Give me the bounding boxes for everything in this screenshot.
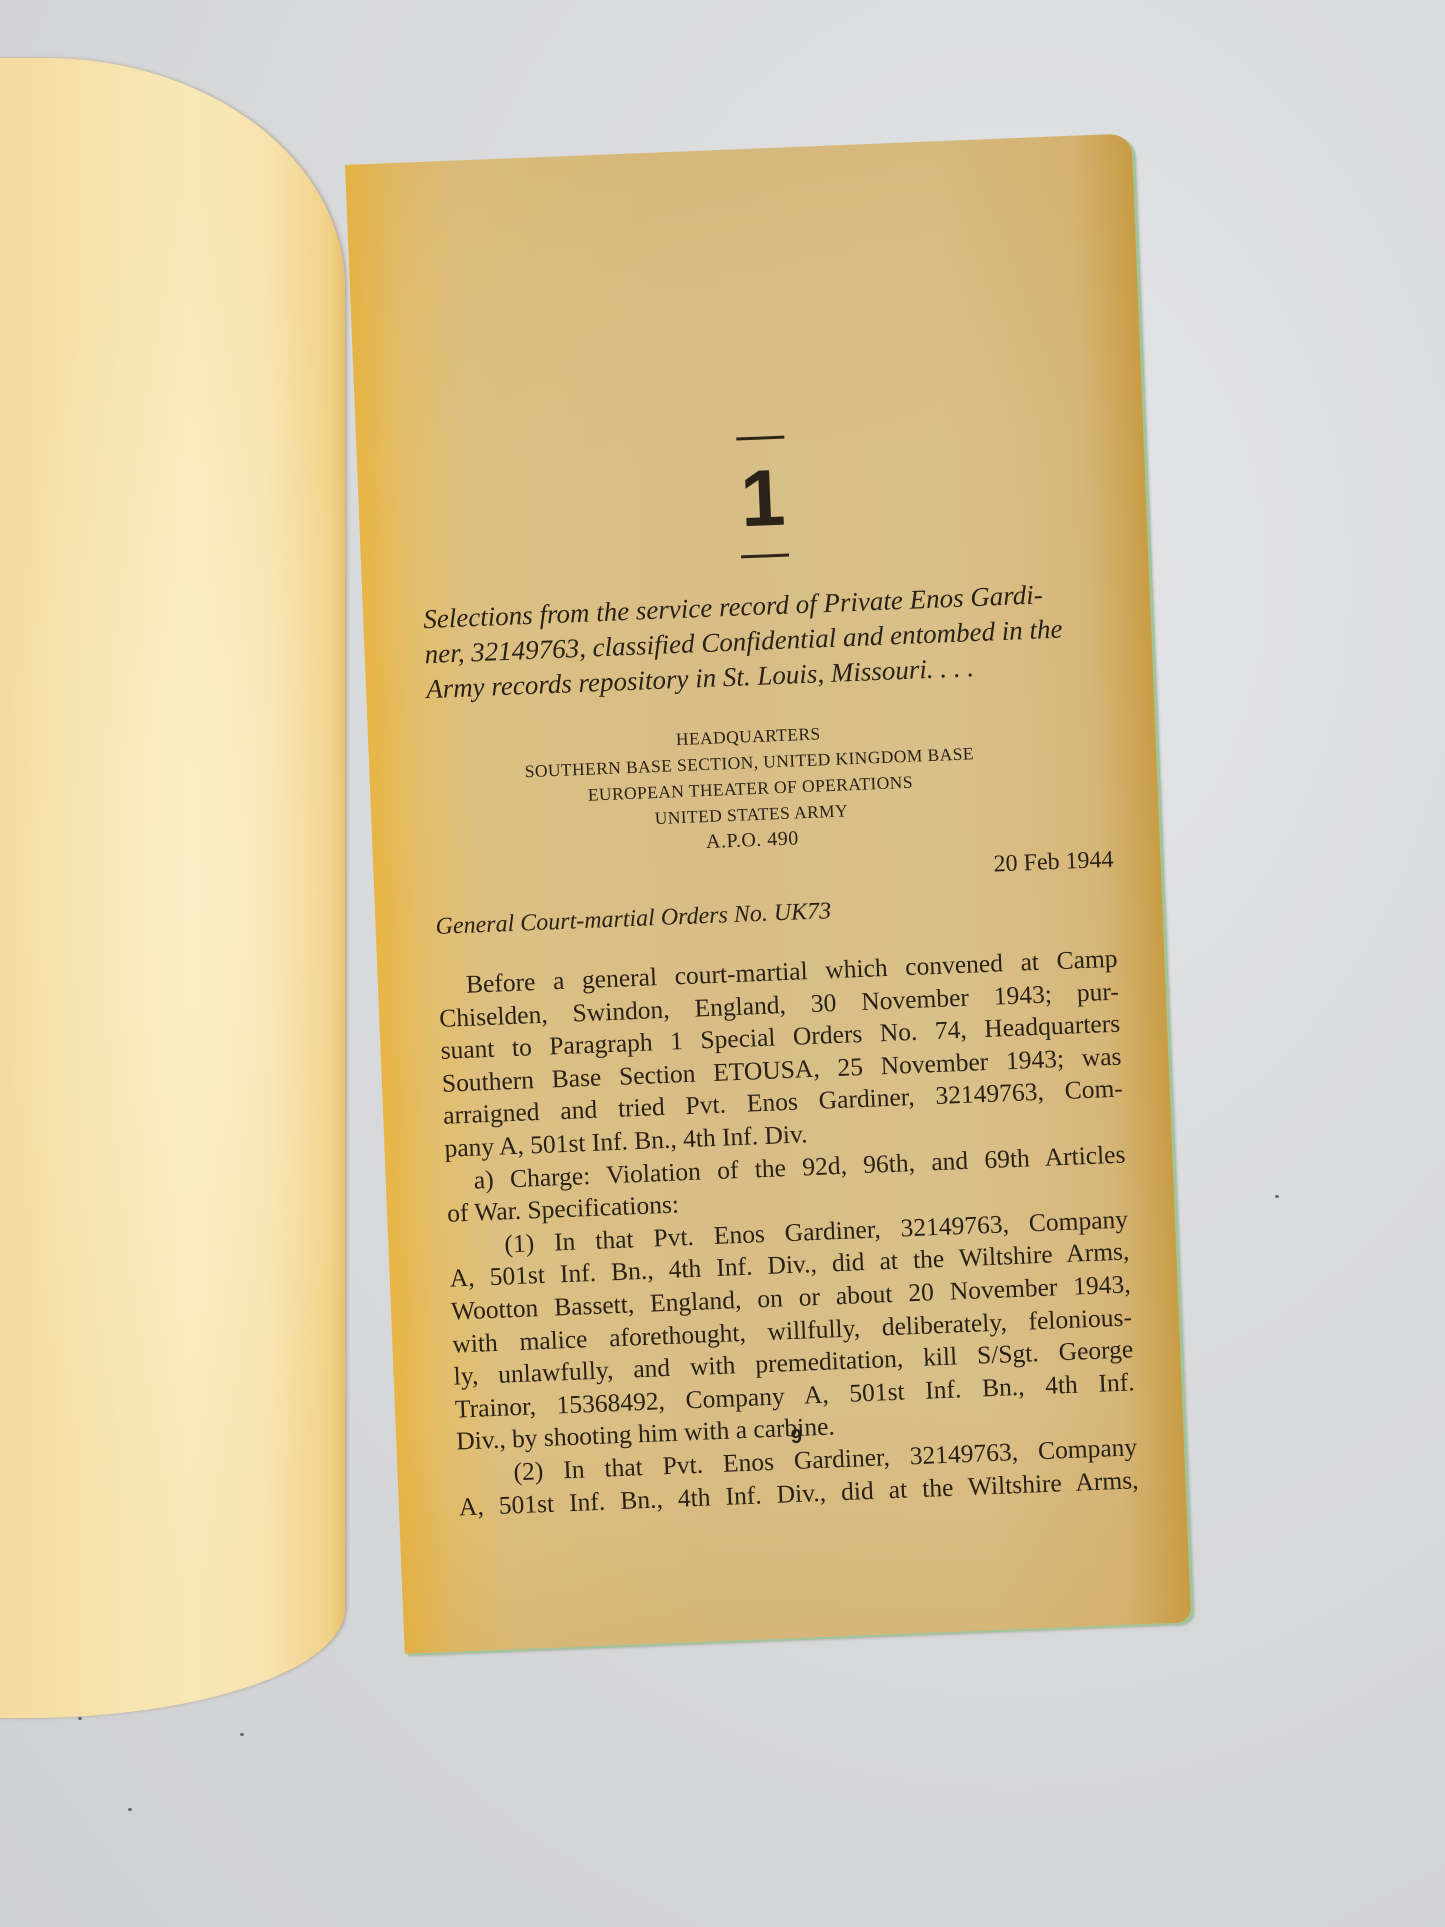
left-page-curled — [0, 58, 345, 1718]
military-header: HEADQUARTERS SOUTHERN BASE SECTION, UNIT… — [428, 710, 1073, 866]
chapter-intro: Selections from the service record of Pr… — [423, 577, 1067, 708]
chapter-rule-bottom — [741, 553, 789, 558]
dust-speck — [240, 1733, 244, 1736]
dust-speck — [1275, 1195, 1279, 1198]
dust-speck — [128, 1808, 132, 1811]
chapter-rule-top — [736, 436, 784, 441]
orders-title: General Court-martial Orders No. UK73 — [435, 898, 832, 941]
book-page: 1 Selections from the service record of … — [345, 133, 1191, 1653]
order-date: 20 Feb 1944 — [993, 847, 1114, 879]
dust-speck — [78, 1717, 82, 1720]
chapter-number: 1 — [729, 447, 797, 549]
page-number: 9 — [776, 1425, 817, 1450]
